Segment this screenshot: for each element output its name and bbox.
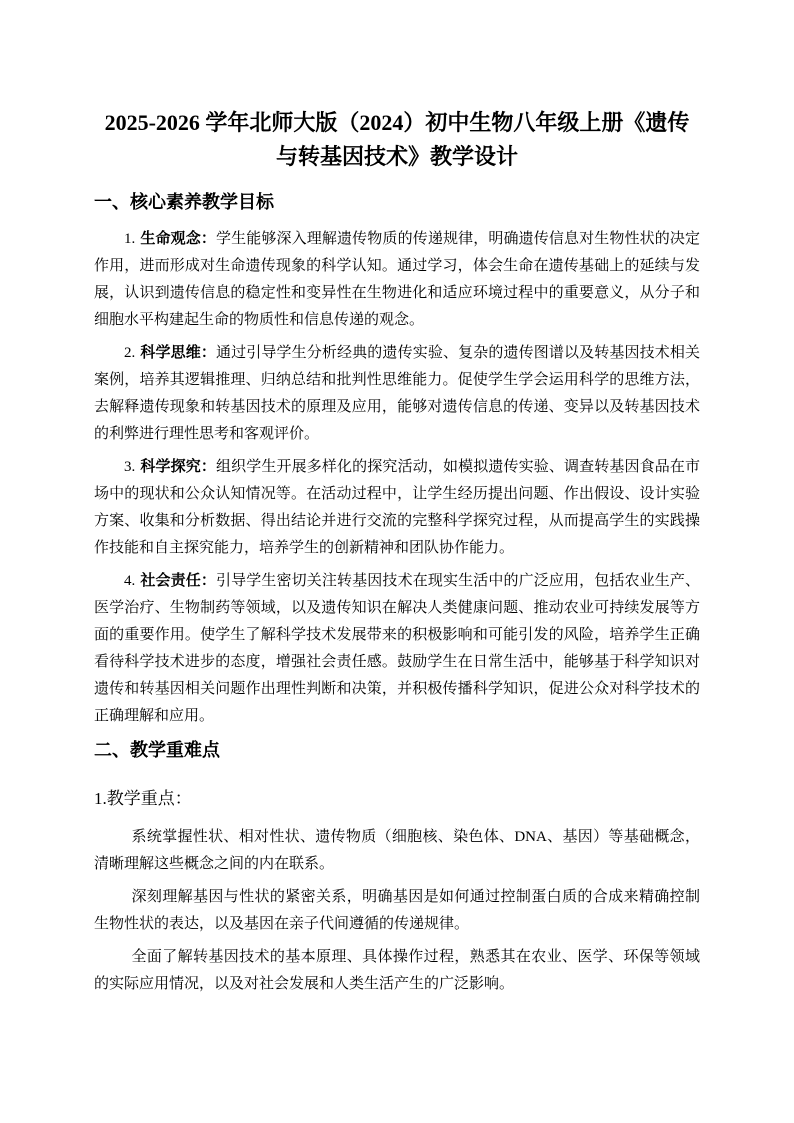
paragraph-number: 2. [124,345,135,361]
objective-paragraph-scientific-thinking: 2.科学思维：通过引导学生分析经典的遗传实验、复杂的遗传图谱以及转基因技术相关案… [94,340,700,448]
key-point-paragraph-transgenic-technology: 全面了解转基因技术的基本原理、具体操作过程，熟悉其在农业、医学、环保等领域的实际… [94,944,700,998]
objective-term: 社会责任： [140,573,216,589]
paragraph-number: 3. [124,459,135,475]
paragraph-number: 4. [124,573,135,589]
objective-text: 引导学生密切关注转基因技术在现实生活中的广泛应用，包括农业生产、医学治疗、生物制… [94,573,700,724]
document-title: 2025-2026 学年北师大版（2024）初中生物八年级上册《遗传与转基因技术… [94,106,700,174]
section-heading-key-difficult-points: 二、教学重难点 [94,738,700,762]
objective-term: 科学思维： [140,345,216,361]
subheading-teaching-key-points: 1.教学重点： [94,788,700,810]
objective-paragraph-scientific-inquiry: 3.科学探究：组织学生开展多样化的探究活动，如模拟遗传实验、调查转基因食品在市场… [94,454,700,562]
objective-paragraph-life-concept: 1.生命观念：学生能够深入理解遗传物质的传递规律，明确遗传信息对生物性状的决定作… [94,226,700,334]
objective-term: 科学探究： [140,459,216,475]
objective-term: 生命观念： [140,231,216,247]
key-point-paragraph-gene-trait-relation: 深刻理解基因与性状的紧密关系，明确基因是如何通过控制蛋白质的合成来精确控制生物性… [94,884,700,938]
key-point-paragraph-basic-concepts: 系统掌握性状、相对性状、遗传物质（细胞核、染色体、DNA、基因）等基础概念，清晰… [94,824,700,878]
document-page: 2025-2026 学年北师大版（2024）初中生物八年级上册《遗传与转基因技术… [0,0,794,1123]
objective-paragraph-social-responsibility: 4.社会责任：引导学生密切关注转基因技术在现实生活中的广泛应用，包括农业生产、医… [94,568,700,730]
section-heading-core-objectives: 一、核心素养教学目标 [94,190,700,214]
paragraph-number: 1. [124,231,135,247]
